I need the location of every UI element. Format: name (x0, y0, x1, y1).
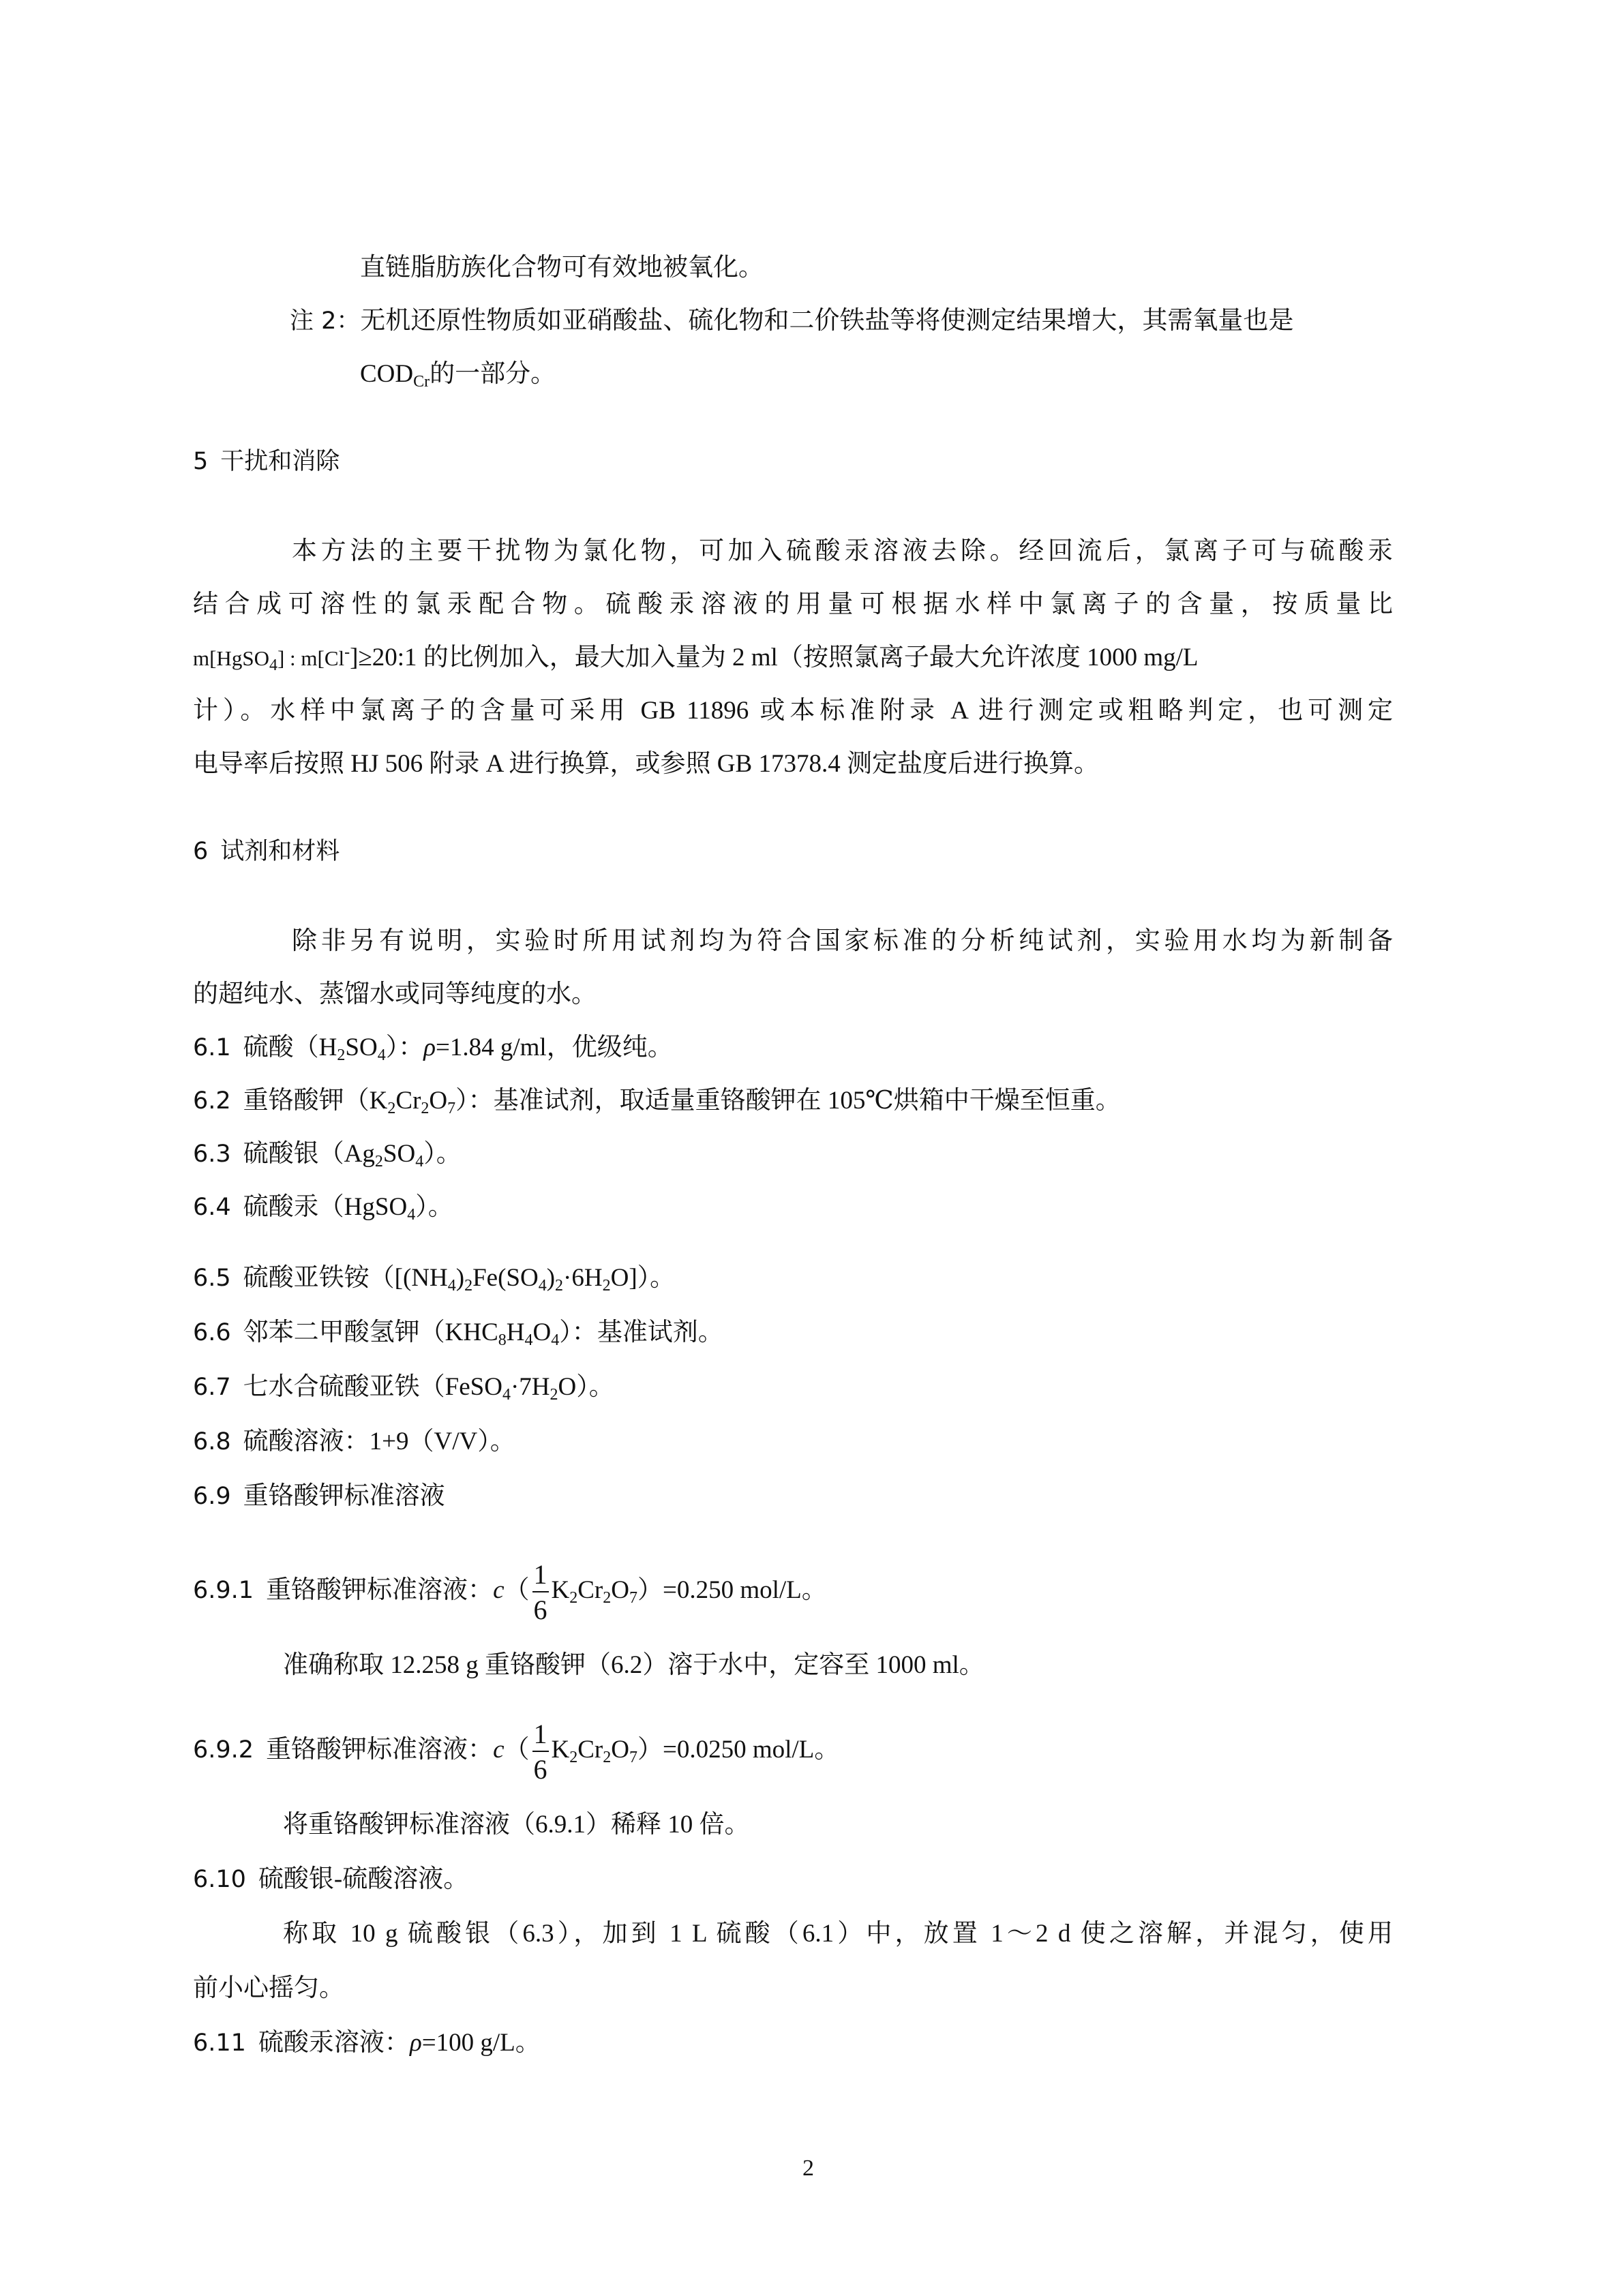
note-1-continuation: 直链脂肪族化合物可有效地被氧化。 (360, 252, 764, 284)
item-6-9-1: 6.9.1重铬酸钾标准溶液：c（16K2Cr2O7）=0.250 mol/L。 (193, 1546, 827, 1635)
ratio-part-c: ]≥20:1 的比例加入，最大加入量为 2 ml（按照氯离子最大允许浓度 100… (350, 644, 1198, 671)
section-title: 干扰和消除 (220, 448, 340, 475)
section-5-paragraph-line-1: 本方法的主要干扰物为氯化物，可加入硫酸汞溶液去除。经回流后，氯离子可与硫酸汞 (193, 536, 1393, 567)
item-6-10-description-line-2: 前小心摇匀。 (193, 1973, 344, 2004)
rho-symbol: ρ (423, 1033, 436, 1061)
item-number: 6.1 (193, 1034, 231, 1061)
item-6-9: 6.9重铬酸钾标准溶液 (193, 1481, 445, 1512)
section-title: 试剂和材料 (220, 838, 340, 865)
rho-symbol: ρ (410, 2029, 422, 2057)
ratio-part-b: ] : m[Cl (277, 646, 344, 670)
item-6-10: 6.10硫酸银-硫酸溶液。 (193, 1864, 468, 1895)
item-6-1: 6.1硫酸（H2SO4）：ρ=1.84 g/ml，优级纯。 (193, 1032, 673, 1063)
ratio-part-a: m[HgSO (193, 646, 269, 670)
note-2-text: 无机还原性物质如亚硝酸盐、硫化物和二价铁盐等将使测定结果增大，其需氧量也是 (360, 307, 1293, 335)
section-6-intro-line-2: 的超纯水、蒸馏水或同等纯度的水。 (193, 979, 597, 1010)
item-number: 6.4 (193, 1194, 231, 1221)
item-6-7: 6.7七水合硫酸亚铁（FeSO4·7H2O）。 (193, 1372, 614, 1403)
item-number: 6.7 (193, 1374, 231, 1401)
item-6-9-2: 6.9.2重铬酸钾标准溶液：c（16K2Cr2O7）=0.0250 mol/L。 (193, 1706, 839, 1794)
section-5-paragraph-line-3: m[HgSO4] : m[Cl-]≥20:1 的比例加入，最大加入量为 2 ml… (193, 642, 1199, 674)
item-number: 6.2 (193, 1087, 231, 1115)
fraction-one-sixth: 16 (532, 1561, 549, 1624)
item-6-3: 6.3硫酸银（Ag2SO4）。 (193, 1138, 462, 1170)
concentration-symbol: c (493, 1576, 504, 1604)
item-6-8: 6.8硫酸溶液：1+9（V/V）。 (193, 1426, 515, 1457)
note-2-line-2: CODCr的一部分。 (360, 359, 556, 390)
item-number: 6.10 (193, 1866, 246, 1893)
section-6-intro-line-1: 除非另有说明，实验时所用试剂均为符合国家标准的分析纯试剂，实验用水均为新制备 (193, 926, 1393, 957)
item-number: 6.9.2 (193, 1736, 254, 1764)
item-number: 6.8 (193, 1428, 231, 1455)
section-5-paragraph-line-5: 电导率后按照 HJ 506 附录 A 进行换算，或参照 GB 17378.4 测… (193, 749, 1099, 780)
item-6-9-1-description: 准确称取 12.258 g 重铬酸钾（6.2）溶于水中，定容至 1000 ml。 (283, 1650, 984, 1681)
section-5-paragraph-line-2: 结合成可溶性的氯汞配合物。硫酸汞溶液的用量可根据水样中氯离子的含量，按质量比 (193, 589, 1393, 620)
item-number: 6.3 (193, 1141, 231, 1168)
item-number: 6.5 (193, 1265, 231, 1292)
cod-subscript: Cr (413, 373, 430, 391)
ratio-sub: 4 (269, 656, 277, 674)
item-6-9-2-description: 将重铬酸钾标准溶液（6.9.1）稀释 10 倍。 (283, 1809, 750, 1841)
item-number: 6.11 (193, 2029, 246, 2057)
concentration-symbol: c (493, 1736, 504, 1764)
cod-text: COD (360, 360, 413, 388)
note-2-rest: 的一部分。 (430, 360, 556, 388)
item-6-6: 6.6邻苯二甲酸氢钾（KHC8H4O4）：基准试剂。 (193, 1317, 723, 1348)
note-2-line-1: 注 2：无机还原性物质如亚硝酸盐、硫化物和二价铁盐等将使测定结果增大，其需氧量也… (290, 305, 1293, 337)
page-number: 2 (802, 2156, 814, 2181)
section-6-heading: 6试剂和材料 (193, 836, 340, 867)
item-6-4: 6.4硫酸汞（HgSO4）。 (193, 1192, 453, 1223)
fraction-one-sixth: 16 (532, 1721, 549, 1783)
item-6-2: 6.2重铬酸钾（K2Cr2O7）：基准试剂，取适量重铬酸钾在 105℃烘箱中干燥… (193, 1085, 1121, 1117)
item-number: 6.9.1 (193, 1577, 254, 1604)
item-6-11: 6.11硫酸汞溶液：ρ=100 g/L。 (193, 2027, 541, 2059)
item-number: 6.9 (193, 1483, 231, 1510)
item-6-10-description-line-1: 称取 10 g 硫酸银（6.3），加到 1 L 硫酸（6.1）中，放置 1～2 … (193, 1918, 1393, 1950)
item-6-5: 6.5硫酸亚铁铵（[(NH4)2Fe(SO4)2·6H2O]）。 (193, 1263, 675, 1294)
section-5-paragraph-line-4: 计）。水样中氯离子的含量可采用 GB 11896 或本标准附录 A 进行测定或粗… (193, 695, 1393, 727)
ratio-sup: - (344, 644, 350, 661)
item-number: 6.6 (193, 1319, 231, 1346)
section-5-heading: 5干扰和消除 (193, 446, 340, 477)
note-2-label: 注 2： (290, 307, 360, 335)
section-number: 5 (193, 448, 208, 475)
section-number: 6 (193, 838, 208, 865)
